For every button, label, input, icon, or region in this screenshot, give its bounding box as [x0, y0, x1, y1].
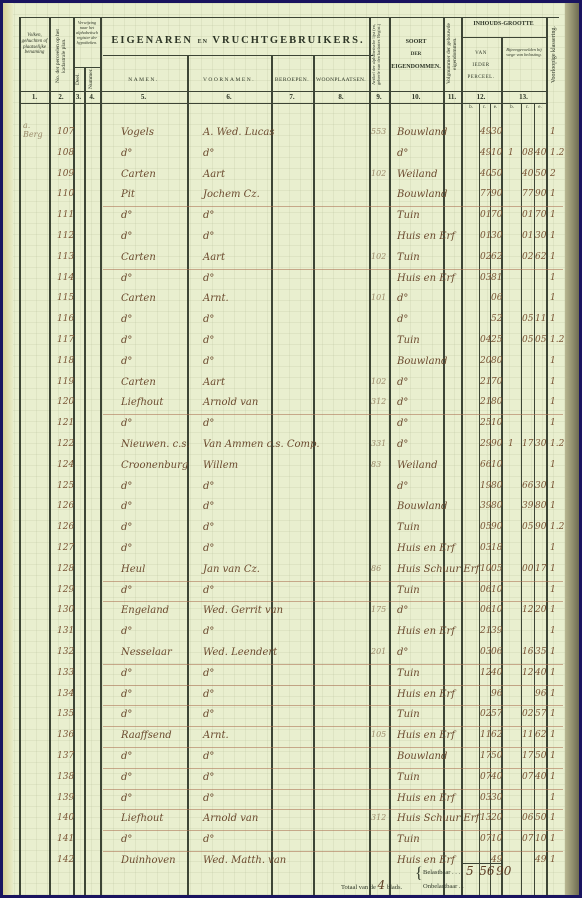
owner-firstname: d° — [203, 522, 214, 533]
property-type: Huis en Erf — [397, 689, 455, 700]
colnum-6: 6. — [187, 93, 271, 101]
parcel-number: 107 — [57, 127, 74, 137]
parcel-number: 122 — [57, 439, 74, 449]
classification: 1 — [550, 772, 556, 782]
owner-firstname: d° — [203, 709, 214, 720]
area-roeden: 01 — [480, 210, 491, 220]
property-type: Huis en Erf — [397, 543, 455, 554]
parcel-number: 128 — [57, 564, 74, 574]
owner-firstname: Willem — [203, 460, 238, 471]
table-row: 117d°d°Tuin042505051.2 — [3, 333, 563, 355]
area-ellen: 30 — [491, 231, 502, 241]
area-ellen: 90 — [491, 522, 502, 532]
area-ellen: 80 — [491, 481, 502, 491]
parcel-number: 138 — [57, 772, 74, 782]
unit-b-1: b. — [463, 105, 479, 111]
area-ellen: 57 — [491, 709, 502, 719]
property-type: d° — [397, 377, 408, 388]
owner-firstname: Arnt. — [203, 730, 229, 741]
owner-surname: Vogels — [121, 127, 154, 138]
sum-roeden: 07 — [522, 834, 533, 844]
parcel-number: 126 — [57, 501, 74, 511]
sum-roeden: 11 — [522, 730, 533, 740]
sum-roeden: 07 — [522, 772, 533, 782]
area-ellen: 05 — [491, 564, 502, 574]
owner-firstname: d° — [203, 626, 214, 637]
area-roeden: 03 — [480, 273, 491, 283]
area-roeden: 13 — [480, 813, 491, 823]
property-type: Bouwland — [397, 189, 447, 200]
sum-ellen: 05 — [535, 335, 546, 345]
unit-e-2: e. — [534, 105, 546, 111]
classification: 1.2 — [550, 439, 564, 449]
parcel-number: 125 — [57, 481, 74, 491]
owner-surname: d° — [121, 501, 132, 512]
owner-surname: Engeland — [121, 605, 169, 616]
article-number: 201 — [371, 647, 386, 656]
owner-firstname: Wed. Leendert — [203, 647, 277, 658]
area-ellen: 39 — [491, 626, 502, 636]
owner-firstname: d° — [203, 689, 214, 700]
area-roeden: 07 — [480, 834, 491, 844]
colnum-11: 11. — [443, 93, 461, 101]
sum-ellen: 80 — [535, 501, 546, 511]
sum-roeden: 05 — [522, 522, 533, 532]
row-separator — [103, 789, 563, 790]
unit-r-1: r. — [479, 105, 490, 111]
property-type: d° — [397, 418, 408, 429]
classification: 1 — [550, 543, 556, 553]
table-row: 109CartenAart102Weiland405040502 — [3, 167, 563, 189]
property-type: Tuin — [397, 709, 420, 720]
table-row: 118d°d°Bouwland20801 — [3, 354, 563, 376]
col2-header: No. der perceelen op het kadastrale plan… — [55, 23, 67, 89]
area-ellen: 62 — [491, 252, 502, 262]
parcel-number: 111 — [57, 210, 74, 220]
owner-surname: d° — [121, 709, 132, 720]
col34-header: Verwijzing naar het alphabetisch registe… — [74, 21, 100, 46]
area-roeden: 07 — [480, 772, 491, 782]
area-roeden: 12 — [480, 668, 491, 678]
classification: 1 — [550, 231, 556, 241]
col14-header: Voorloopige klassering. — [551, 21, 558, 89]
onbelastbaar-label: Onbelastbaar . . — [423, 883, 464, 890]
colnum-8: 8. — [313, 93, 369, 101]
owner-surname: Carten — [121, 293, 156, 304]
property-type: Tuin — [397, 772, 420, 783]
classification: 1 — [550, 418, 556, 428]
article-number: 312 — [371, 813, 386, 822]
owner-surname: d° — [121, 543, 132, 554]
parcel-number: 134 — [57, 689, 74, 699]
property-type: d° — [397, 481, 408, 492]
area-ellen: 10 — [491, 585, 502, 595]
area-roeden: 40 — [480, 169, 491, 179]
classification: 1 — [550, 730, 556, 740]
owner-surname: d° — [121, 522, 132, 533]
area-ellen: 06 — [491, 293, 502, 303]
sum-roeden: 08 — [522, 148, 533, 158]
owner-surname: d° — [121, 668, 132, 679]
sum-ellen: 30 — [535, 481, 546, 491]
area-ellen: 70 — [491, 377, 502, 387]
owner-firstname: Wed. Matth. van — [203, 855, 286, 866]
area-ellen: 10 — [491, 834, 502, 844]
owner-firstname: Aart — [203, 169, 225, 180]
area-ellen: 25 — [491, 335, 502, 345]
classification: 1 — [550, 855, 556, 865]
parcel-number: 110 — [57, 189, 74, 199]
parcel-number: 126 — [57, 522, 74, 532]
classification: 1.2 — [550, 148, 564, 158]
table-row: 125d°d°d°198066301 — [3, 479, 563, 501]
parcel-number: 113 — [57, 252, 74, 262]
owner-surname: Heul — [121, 564, 145, 575]
area-ellen: 50 — [491, 169, 502, 179]
owner-firstname: d° — [203, 418, 214, 429]
article-number: 312 — [371, 397, 386, 406]
parcel-number: 142 — [57, 855, 74, 865]
area-ellen: 30 — [491, 793, 502, 803]
sum-ellen: 49 — [535, 855, 546, 865]
owner-firstname: d° — [203, 668, 214, 679]
area-roeden: 02 — [480, 252, 491, 262]
area-ellen: 40 — [491, 668, 502, 678]
owner-firstname: d° — [203, 834, 214, 845]
area-roeden: 03 — [480, 793, 491, 803]
owner-surname: Carten — [121, 169, 156, 180]
sum-bunders: 1 — [508, 148, 514, 158]
property-type: d° — [397, 397, 408, 408]
owner-firstname: Arnold van — [203, 397, 258, 408]
article-number: 175 — [371, 605, 386, 614]
parcel-number: 137 — [57, 751, 74, 761]
parcel-number: 136 — [57, 730, 74, 740]
col8-header: WOONPLAATSEN. — [313, 77, 369, 83]
owner-surname: d° — [121, 210, 132, 221]
inhoud-header: INHOUDS-GROOTTE — [461, 21, 546, 28]
parcel-number: 124 — [57, 460, 74, 470]
row-separator — [103, 601, 563, 602]
owner-surname: d° — [121, 772, 132, 783]
property-type: Bouwland — [397, 751, 447, 762]
sum-roeden: 17 — [522, 751, 533, 761]
property-type: Tuin — [397, 834, 420, 845]
sum-ellen: 40 — [535, 668, 546, 678]
classification: 1 — [550, 751, 556, 761]
area-ellen: 80 — [491, 397, 502, 407]
parcel-number: 133 — [57, 668, 74, 678]
owner-firstname: d° — [203, 793, 214, 804]
area-ellen: 80 — [491, 501, 502, 511]
classification: 1 — [550, 585, 556, 595]
register-page: EIGENAREN EN VRUCHTGEBRUIKERS. Volken, g… — [3, 3, 579, 895]
table-row: 127d°d°Huis en Erf03181 — [3, 541, 563, 563]
sum-ellen: 62 — [535, 252, 546, 262]
classification: 1 — [550, 210, 556, 220]
classification: 1 — [550, 377, 556, 387]
row-separator — [103, 830, 563, 831]
property-type: d° — [397, 148, 408, 159]
owner-surname: d° — [121, 273, 132, 284]
area-roeden: 19 — [480, 481, 491, 491]
col7-header: BEROEPEN. — [271, 77, 313, 83]
area-roeden: 25 — [480, 418, 491, 428]
property-type: Tuin — [397, 335, 420, 346]
area-roeden: 49 — [480, 127, 491, 137]
parcel-number: 131 — [57, 626, 74, 636]
owner-surname: d° — [121, 314, 132, 325]
sum-roeden: 05 — [522, 335, 533, 345]
sum-ellen: 50 — [535, 751, 546, 761]
area-ellen: 30 — [491, 127, 502, 137]
property-type: Huis Schuur Erf — [397, 564, 479, 575]
col11-header: Volgnummer der gebouwde eigendommen. — [446, 19, 458, 89]
area-ellen: 50 — [491, 751, 502, 761]
classification: 1 — [550, 127, 556, 137]
area-roeden: 39 — [480, 501, 491, 511]
area-roeden: 77 — [480, 189, 491, 199]
col4-header: Nummer. — [88, 69, 94, 89]
article-number: 102 — [371, 377, 386, 386]
classification: 1 — [550, 273, 556, 283]
property-type: Tuin — [397, 522, 420, 533]
row-separator — [103, 809, 563, 810]
owner-firstname: Arnt. — [203, 293, 229, 304]
owner-surname: Liefhout — [121, 813, 163, 824]
owner-surname: d° — [121, 148, 132, 159]
parcel-number: 112 — [57, 231, 74, 241]
owner-surname: d° — [121, 626, 132, 637]
table-row: 130EngelandWed. Gerrit van175d°061012201 — [3, 603, 563, 625]
area-ellen: 40 — [491, 772, 502, 782]
article-number: 101 — [371, 293, 386, 302]
property-type: d° — [397, 293, 408, 304]
area-roeden: 10 — [480, 564, 491, 574]
owner-firstname: A. Wed. Lucas — [203, 127, 275, 138]
area-ellen: 10 — [491, 148, 502, 158]
col13-header: Bijeengevoelden bij wege van belasting. — [502, 47, 546, 57]
footer-brace: { — [415, 865, 423, 883]
area-roeden: 06 — [480, 585, 491, 595]
sum-roeden: 66 — [522, 481, 533, 491]
owner-surname: d° — [121, 689, 132, 700]
sum-ellen: 10 — [535, 834, 546, 844]
owner-firstname: d° — [203, 543, 214, 554]
owner-firstname: Jochem Cz. — [203, 189, 260, 200]
owner-surname: d° — [121, 356, 132, 367]
sum-ellen: 17 — [535, 564, 546, 574]
colnum-9: 9. — [369, 93, 389, 101]
classification: 1 — [550, 314, 556, 324]
table-row: 114d°d°Huis en Erf03811 — [3, 271, 563, 293]
area-roeden: 05 — [480, 522, 491, 532]
sum-roeden: 05 — [522, 314, 533, 324]
area-roeden: 01 — [480, 231, 491, 241]
row-separator — [103, 269, 563, 270]
totaal-label: Totaal van de 4 blads. — [341, 878, 402, 892]
table-row: 115CartenArnt.101d°061 — [3, 291, 563, 313]
owner-firstname: Aart — [203, 377, 225, 388]
col12-header: VAN IEDER PERCEEL. — [461, 51, 501, 80]
sum-ellen: 70 — [535, 210, 546, 220]
property-type: Huis en Erf — [397, 273, 455, 284]
classification: 1 — [550, 709, 556, 719]
article-number: 102 — [371, 169, 386, 178]
title-underline — [103, 55, 373, 56]
classification: 1 — [550, 793, 556, 803]
area-roeden: 17 — [480, 751, 491, 761]
classification: 1 — [550, 356, 556, 366]
owner-firstname: d° — [203, 148, 214, 159]
sum-roeden: 00 — [522, 564, 533, 574]
classification: 1 — [550, 668, 556, 678]
sum-roeden: 01 — [522, 210, 533, 220]
colnum-5: 5. — [100, 93, 187, 101]
sum-ellen: 20 — [535, 605, 546, 615]
sum-ellen: 40 — [535, 772, 546, 782]
owner-surname: d° — [121, 834, 132, 845]
property-type: Tuin — [397, 668, 420, 679]
table-row: 119CartenAart102d°21701 — [3, 375, 563, 397]
area-ellen: 96 — [491, 689, 502, 699]
owner-firstname: Jan van Cz. — [203, 564, 260, 575]
area-ellen: 10 — [491, 460, 502, 470]
area-roeden: 20 — [480, 356, 491, 366]
parcel-number: 116 — [57, 314, 74, 324]
property-type: Weiland — [397, 460, 438, 471]
area-ellen: 70 — [491, 210, 502, 220]
row-separator — [103, 414, 563, 415]
sum-ellen: 90 — [535, 189, 546, 199]
owner-surname: d° — [121, 335, 132, 346]
classification: 1 — [550, 626, 556, 636]
property-type: d° — [397, 314, 408, 325]
owner-firstname: Aart — [203, 252, 225, 263]
article-number: 105 — [371, 730, 386, 739]
property-type: Huis en Erf — [397, 793, 455, 804]
col3-header: Deel. — [75, 69, 81, 89]
classification: 2 — [550, 169, 556, 179]
table-row: 124CroonenburgWillem83Weiland66101 — [3, 458, 563, 480]
parcel-number: 132 — [57, 647, 74, 657]
colnum-3: 3. — [73, 93, 84, 101]
row-separator — [103, 705, 563, 706]
owner-firstname: d° — [203, 751, 214, 762]
col9-header: Artikel der alphabetische lijst (en, geh… — [372, 19, 382, 89]
owner-surname: Nesselaar — [121, 647, 172, 658]
area-roeden: 06 — [480, 605, 491, 615]
classification: 1 — [550, 834, 556, 844]
unit-b-2: b. — [503, 105, 521, 111]
table-row: 108d°d°d°4910108401.2 — [3, 146, 563, 168]
parcel-number: 127 — [57, 543, 74, 553]
owner-surname: d° — [121, 585, 132, 596]
parcel-number: 117 — [57, 335, 74, 345]
owner-surname: Carten — [121, 377, 156, 388]
book-binding — [565, 3, 579, 895]
area-ellen: 62 — [491, 730, 502, 740]
article-number: 331 — [371, 439, 386, 448]
owner-firstname: Arnold van — [203, 813, 258, 824]
sum-ellen: 57 — [535, 709, 546, 719]
owner-surname: Nieuwen. c.s. — [121, 439, 190, 450]
area-roeden: 02 — [480, 709, 491, 719]
property-type: Huis Schuur Erf — [397, 813, 479, 824]
table-row: 107VogelsA. Wed. Lucas553Bouwland49301 — [3, 125, 563, 147]
classification: 1 — [550, 501, 556, 511]
colnum-7: 7. — [271, 93, 313, 101]
sum-ellen: 35 — [535, 647, 546, 657]
area-roeden: 03 — [480, 647, 491, 657]
owner-firstname: d° — [203, 501, 214, 512]
property-type: Tuin — [397, 210, 420, 221]
row-separator — [103, 685, 563, 686]
article-number: 83 — [371, 460, 381, 469]
owner-surname: d° — [121, 481, 132, 492]
parcel-number: 121 — [57, 418, 74, 428]
parcel-number: 118 — [57, 356, 74, 366]
property-type: d° — [397, 605, 408, 616]
col10-header: SOORT DER EIGENDOMMEN. — [389, 39, 443, 71]
owner-firstname: Wed. Gerrit van — [203, 605, 283, 616]
table-row: 122Nieuwen. c.s.Van Ammen c.s. Comp.331d… — [3, 437, 563, 459]
property-type: Huis en Erf — [397, 730, 455, 741]
property-type: Bouwland — [397, 127, 447, 138]
row-separator — [103, 747, 563, 748]
total-values: 5 56 90 — [466, 864, 511, 878]
sum-ellen: 50 — [535, 813, 546, 823]
sum-ellen: 62 — [535, 730, 546, 740]
property-type: d° — [397, 647, 408, 658]
area-roeden: 21 — [480, 377, 491, 387]
parcel-number: 135 — [57, 709, 74, 719]
area-roeden: 04 — [480, 335, 491, 345]
table-row: 111d°d°Tuin017001701 — [3, 208, 563, 230]
owner-surname: d° — [121, 793, 132, 804]
classification: 1 — [550, 189, 556, 199]
sum-ellen: 30 — [535, 231, 546, 241]
parcel-number: 108 — [57, 148, 74, 158]
colnum-10: 10. — [389, 93, 443, 101]
article-number: 102 — [371, 252, 386, 261]
classification: 1 — [550, 293, 556, 303]
col1-header: Volken, gehuchten of plaatselijke benami… — [20, 33, 49, 56]
colnum-12: 12. — [461, 93, 501, 101]
row-separator — [103, 768, 563, 769]
col6-header: VOORNAMEN. — [187, 77, 271, 83]
area-roeden: 03 — [480, 543, 491, 553]
area-ellen: 52 — [491, 314, 502, 324]
property-type: Weiland — [397, 169, 438, 180]
sum-ellen: 96 — [535, 689, 546, 699]
owner-firstname: d° — [203, 585, 214, 596]
area-ellen: 90 — [491, 189, 502, 199]
sum-ellen: 90 — [535, 522, 546, 532]
owner-firstname: d° — [203, 231, 214, 242]
inhoud-line — [461, 37, 546, 38]
owner-firstname: d° — [203, 772, 214, 783]
table-row: 112d°d°Huis en Erf013001301 — [3, 229, 563, 251]
bladen-count: 4 — [378, 878, 386, 892]
owner-surname: Pit — [121, 189, 135, 200]
area-ellen: 18 — [491, 543, 502, 553]
parcel-number: 139 — [57, 793, 74, 803]
property-type: Huis en Erf — [397, 626, 455, 637]
classification: 1 — [550, 564, 556, 574]
classification: 1 — [550, 647, 556, 657]
table-row: 126d°d°Tuin059005901.2 — [3, 520, 563, 542]
